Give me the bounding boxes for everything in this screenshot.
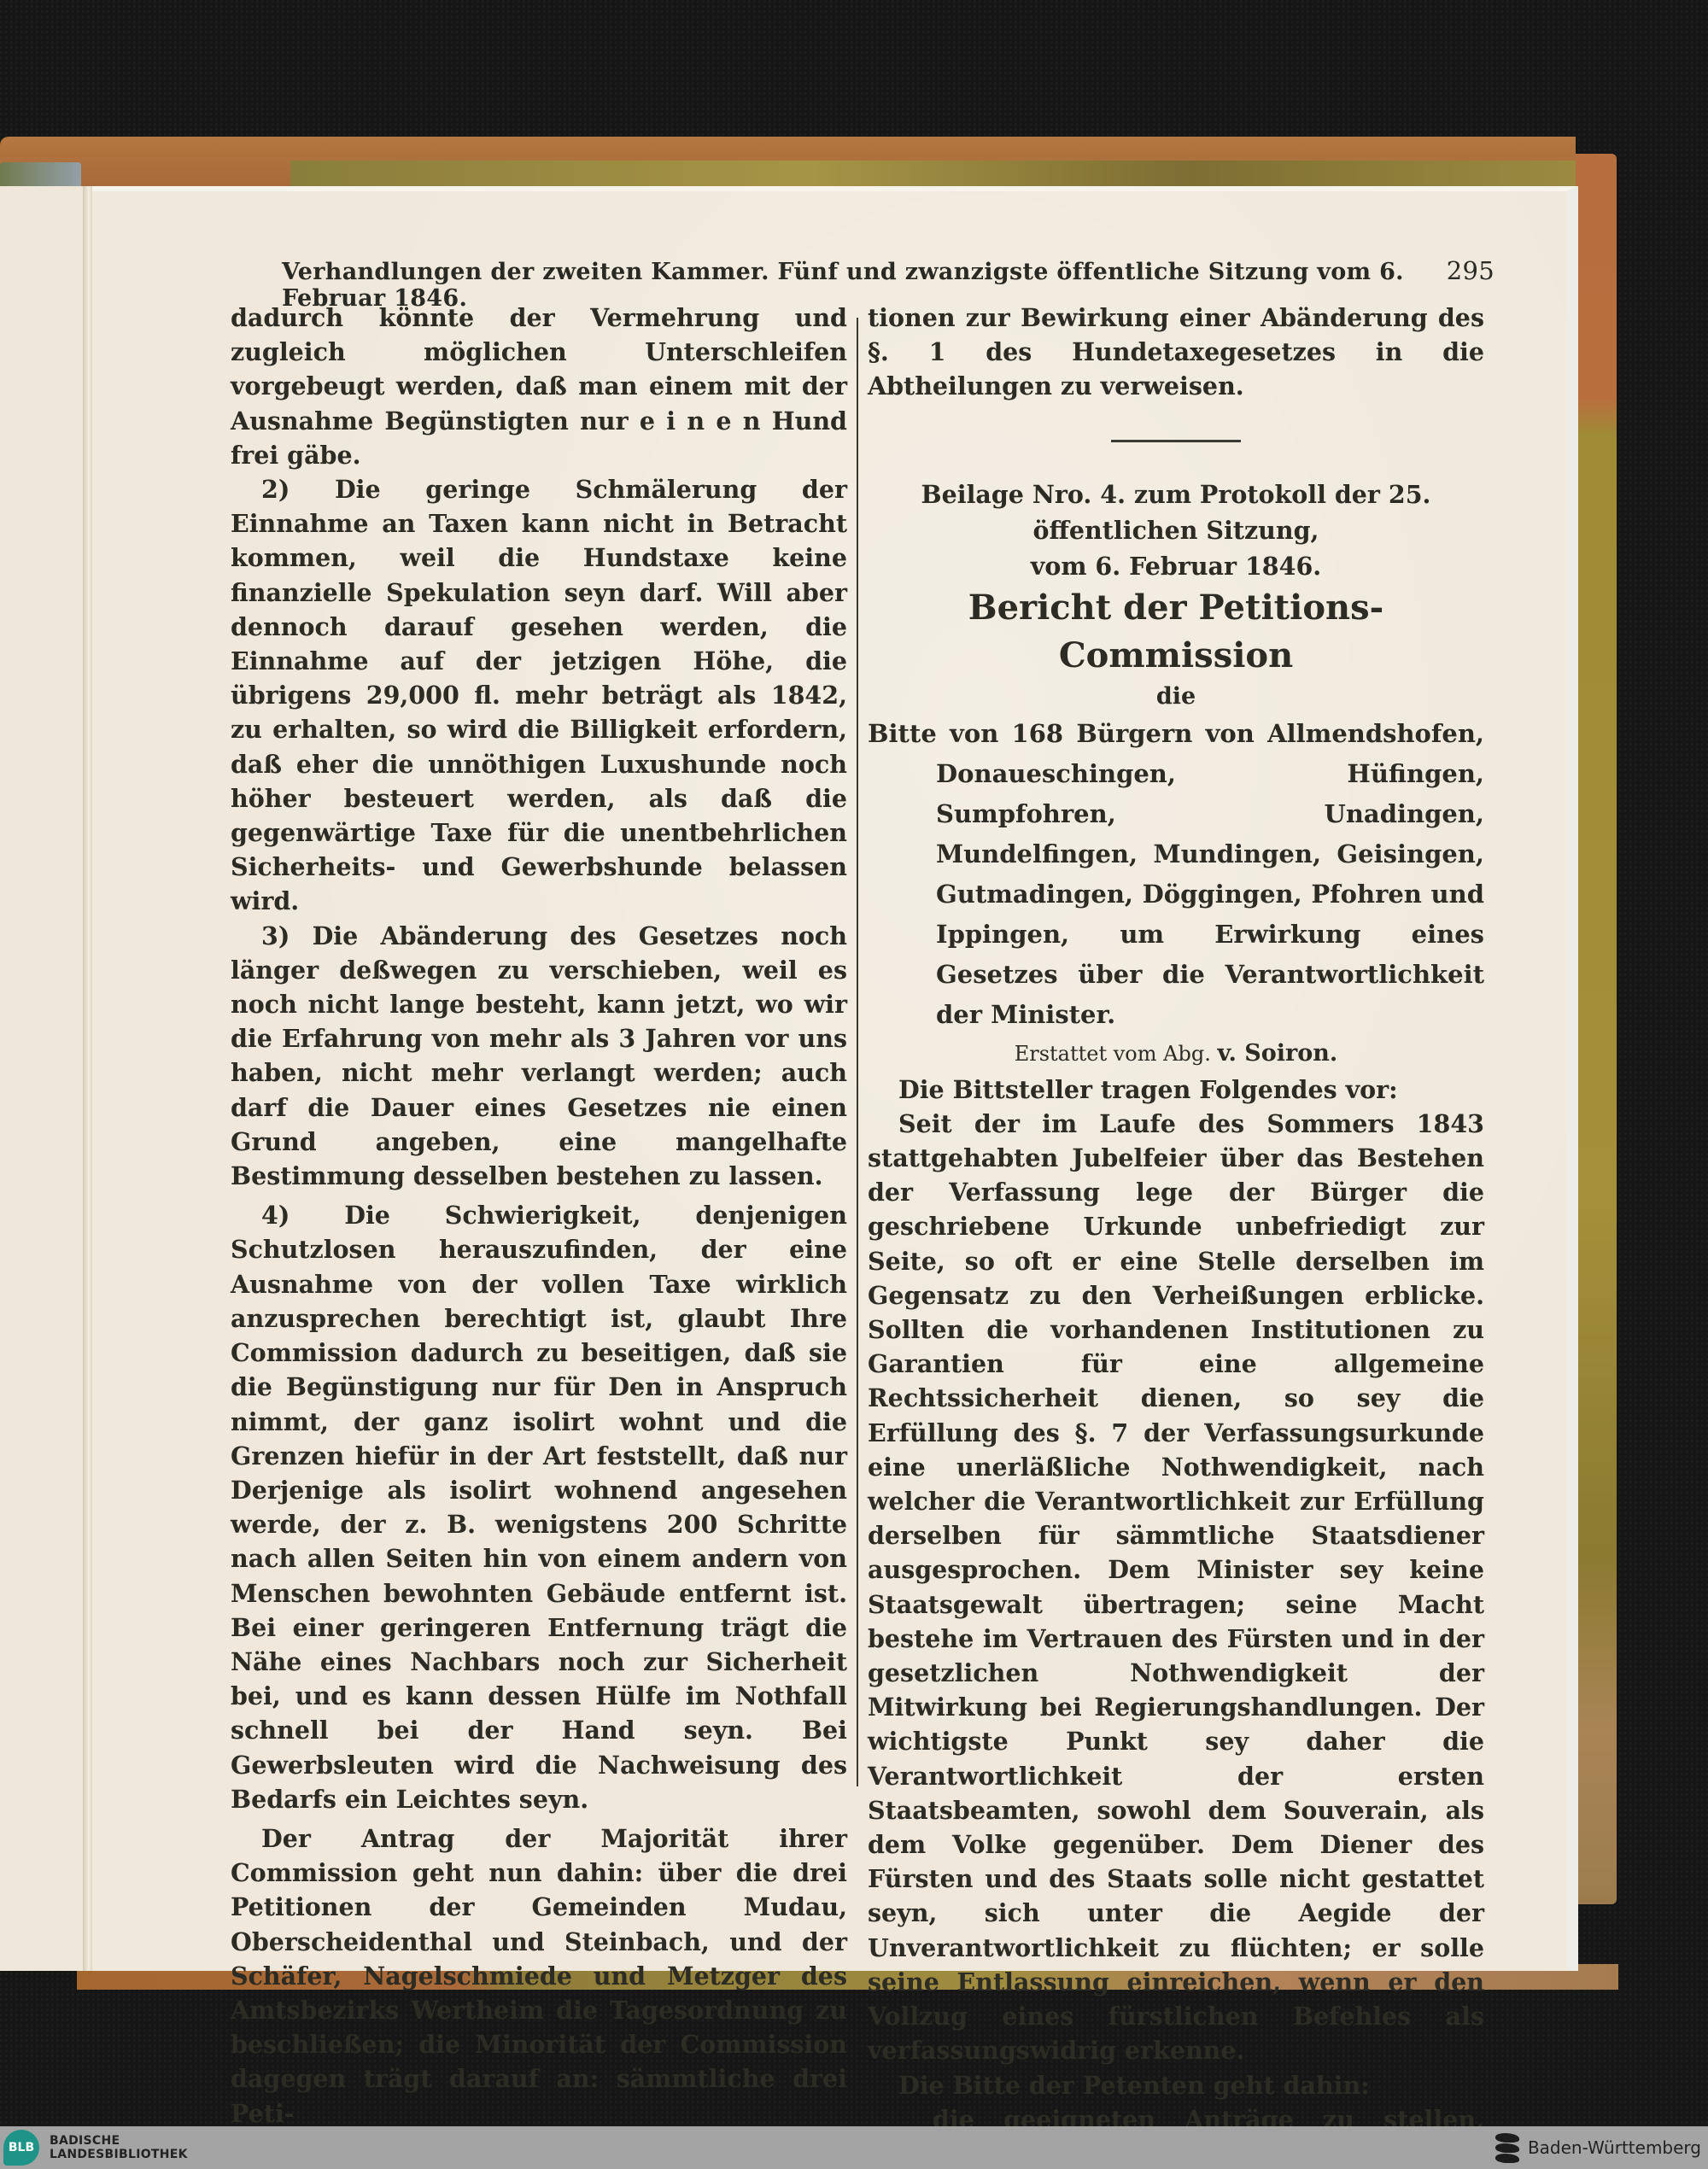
paragraph-request: Die Bitte der Petenten geht dahin: <box>868 2068 1484 2102</box>
paragraph-motion: Der Antrag der Majorität ihrer Commissio… <box>231 1821 847 2131</box>
state-name: Baden-Württemberg <box>1528 2137 1701 2158</box>
binding-marble-strip <box>290 161 1576 188</box>
book-binding-right <box>1576 154 1617 1904</box>
right-column: tionen zur Bewirkung einer Abänderung de… <box>863 301 1484 2169</box>
bw-branding[interactable]: Baden-Württemberg <box>1495 2133 1708 2163</box>
paragraph-point-4: 4) Die Schwierigkeit, denjenigen Schutzl… <box>231 1198 847 1816</box>
byline-prefix: Erstattet vom Abg. <box>1015 1042 1211 1066</box>
paragraph-point-2: 2) Die geringe Schmälerung der Einnahme … <box>231 472 847 919</box>
blb-logo-icon: BLB <box>3 2130 39 2166</box>
section-divider <box>1111 440 1241 442</box>
paragraph-intro: Die Bittsteller tragen Folgendes vor: <box>868 1073 1484 1107</box>
paragraph-continuation: tionen zur Bewirkung einer Abänderung de… <box>868 301 1484 404</box>
library-name-line2: LANDESBIBLIOTHEK <box>50 2148 188 2161</box>
appendix-heading-line1: Beilage Nro. 4. zum Protokoll der 25. öf… <box>868 476 1484 548</box>
report-title-die: die <box>868 680 1484 714</box>
report-title: Bericht der Petitions-Commission <box>868 584 1484 680</box>
blb-branding[interactable]: BLB BADISCHE LANDESBIBLIOTHEK <box>0 2130 188 2166</box>
paragraph: dadurch könnte der Vermehrung und zuglei… <box>231 301 847 472</box>
three-lions-icon <box>1495 2133 1519 2163</box>
appendix-heading-line2: vom 6. Februar 1846. <box>868 548 1484 584</box>
library-name-line1: BADISCHE <box>50 2134 188 2148</box>
book-binding-top <box>0 137 1576 188</box>
library-name: BADISCHE LANDESBIBLIOTHEK <box>50 2134 188 2161</box>
byline-name: v. Soiron. <box>1217 1040 1337 1067</box>
footer-bar: BLB BADISCHE LANDESBIBLIOTHEK Baden-Würt… <box>0 2126 1708 2169</box>
column-divider <box>857 318 858 1786</box>
left-column: dadurch könnte der Vermehrung und zuglei… <box>231 301 847 2131</box>
page-number: 295 <box>1447 256 1494 285</box>
paragraph-petition-body: Seit der im Laufe des Sommers 1843 statt… <box>868 1107 1484 2068</box>
report-byline: Erstattet vom Abg. v. Soiron. <box>868 1035 1484 1073</box>
facing-page-edge <box>0 186 85 1971</box>
paragraph-point-3: 3) Die Abänderung des Gesetzes noch läng… <box>231 919 847 1194</box>
report-subject: Bitte von 168 Bürgern von Allmendshofen,… <box>868 714 1484 1035</box>
